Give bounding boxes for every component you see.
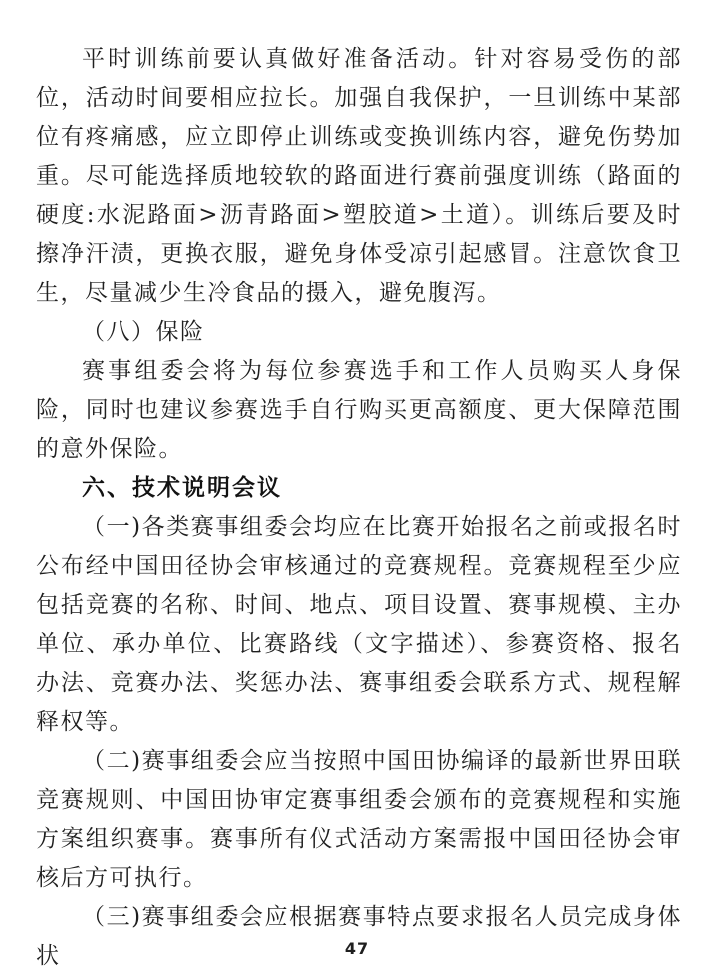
paragraph-training-precautions: 平时训练前要认真做好准备活动。针对容易受伤的部位，活动时间要相应拉长。加强自我保…: [36, 40, 682, 313]
paragraph-item-three-health-requirements: （三)赛事组委会应根据赛事特点要求报名人员完成身体状: [36, 898, 682, 976]
page-number: 47: [0, 939, 714, 958]
document-page: 平时训练前要认真做好准备活动。针对容易受伤的部位，活动时间要相应拉长。加强自我保…: [0, 0, 714, 978]
paragraph-insurance-details: 赛事组委会将为每位参赛选手和工作人员购买人身保险，同时也建议参赛选手自行购买更高…: [36, 352, 682, 469]
paragraph-item-two-organizing-rules: （二)赛事组委会应当按照中国田协编译的最新世界田联竞赛规则、中国田协审定赛事组委…: [36, 742, 682, 898]
subheading-insurance: （八）保险: [36, 313, 682, 352]
paragraph-item-one-competition-rules: （一)各类赛事组委会均应在比赛开始报名之前或报名时公布经中国田径协会审核通过的竞…: [36, 508, 682, 742]
section-heading-technical-meeting: 六、技术说明会议: [36, 469, 682, 508]
